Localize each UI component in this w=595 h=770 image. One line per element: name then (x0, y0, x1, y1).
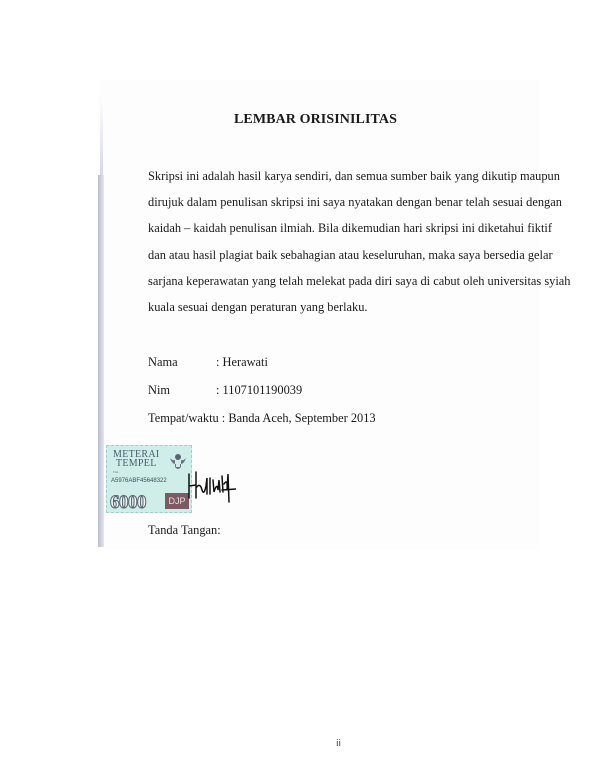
stamp-title-line: TEMPEL (116, 458, 157, 469)
stamp-serial: A5976ABF45648322 (111, 478, 167, 484)
scan-shadow-edge (98, 175, 104, 547)
field-value: : Herawati (216, 355, 268, 369)
statement-paragraph: Skripsi ini adalah hasil karya sendiri, … (148, 163, 478, 320)
stamp-title: METERAI TEMPEL (113, 450, 160, 468)
field-nama: Nama: Herawati (148, 355, 268, 370)
paragraph-line: dirujuk dalam penulisan skripsi ini saya… (148, 189, 478, 215)
paragraph-line: kaidah – kaidah penulisan ilmiah. Bila d… (148, 215, 478, 241)
field-nim: Nim: 1107101190039 (148, 383, 302, 398)
field-tempat-waktu: Tempat/waktu : Banda Aceh, September 201… (148, 411, 376, 426)
field-value: : Banda Aceh, September 2013 (219, 411, 376, 425)
document-title: LEMBAR ORISINILITAS (0, 112, 595, 128)
signature-icon (186, 468, 236, 506)
paragraph-line: Skripsi ini adalah hasil karya sendiri, … (148, 163, 478, 189)
duty-stamp: METERAI TEMPEL TGL A5976ABF45648322 6000… (106, 445, 192, 513)
paragraph-line: kuala sesuai dengan peraturan yang berla… (148, 294, 478, 320)
stamp-value: 6000 (110, 492, 146, 514)
field-value: : 1107101190039 (216, 383, 302, 397)
paragraph-line: dan atau hasil plagiat baik sebahagian a… (148, 242, 478, 268)
field-label: Tempat/waktu (148, 411, 219, 426)
page-number: ii (336, 739, 341, 749)
field-label: Nama (148, 355, 216, 370)
paragraph-line: sarjana keperawatan yang telah melekat p… (148, 268, 478, 294)
garuda-emblem-icon (169, 452, 187, 472)
field-label: Nim (148, 383, 216, 398)
stamp-small-text: TGL (113, 470, 119, 474)
signature-label: Tanda Tangan: (148, 523, 221, 538)
